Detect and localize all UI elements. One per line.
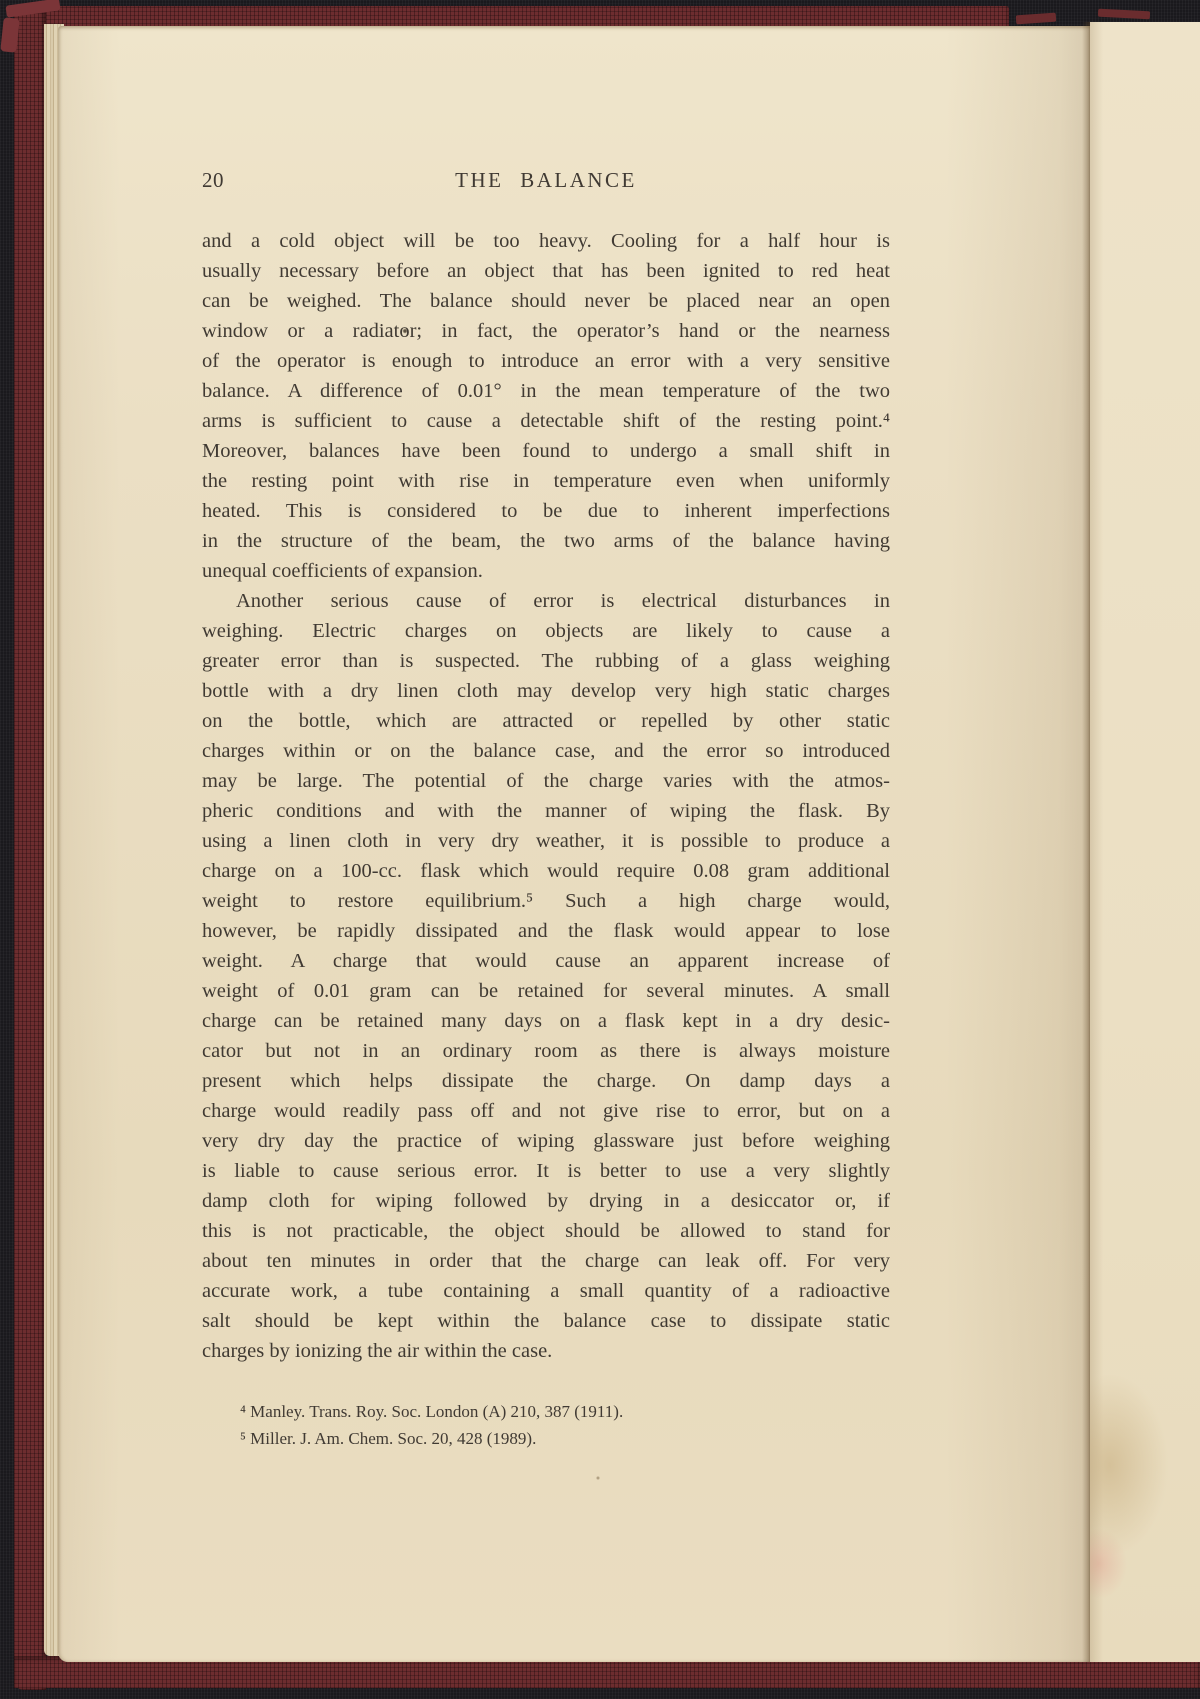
body-line: unequal coefficients of expansion. xyxy=(202,556,890,586)
cover-fleck xyxy=(1016,13,1057,25)
body-line: greater error than is suspected. The rub… xyxy=(202,646,890,676)
body-line: may be large. The potential of the charg… xyxy=(202,766,890,796)
body-line: weight. A charge that would cause an app… xyxy=(202,946,890,976)
body-line: of the operator is enough to introduce a… xyxy=(202,346,890,376)
body-line: very dry day the practice of wiping glas… xyxy=(202,1126,890,1156)
body-line: window or a radiator; in fact, the opera… xyxy=(202,316,890,346)
book-photo: { "colors": { "background": "#1a191d", "… xyxy=(0,0,1200,1699)
footnote: ⁴ Manley. Trans. Roy. Soc. London (A) 21… xyxy=(240,1398,900,1425)
body-line: charge would readily pass off and not gi… xyxy=(202,1096,890,1126)
body-line: weighing. Electric charges on objects ar… xyxy=(202,616,890,646)
body-line: cator but not in an ordinary room as the… xyxy=(202,1036,890,1066)
body-line: accurate work, a tube containing a small… xyxy=(202,1276,890,1306)
body-line: is liable to cause serious error. It is … xyxy=(202,1156,890,1186)
body-line: heated. This is considered to be due to … xyxy=(202,496,890,526)
book-page: 20 THE BALANCE and a cold object will be… xyxy=(58,26,1090,1662)
running-head-title: THE BALANCE xyxy=(202,168,890,193)
body-line: the resting point with rise in temperatu… xyxy=(202,466,890,496)
body-line: charges within or on the balance case, a… xyxy=(202,736,890,766)
body-line: however, be rapidly dissipated and the f… xyxy=(202,916,890,946)
body-line: pheric conditions and with the manner of… xyxy=(202,796,890,826)
body-line: charge on a 100-cc. flask which would re… xyxy=(202,856,890,886)
body-line: in the structure of the beam, the two ar… xyxy=(202,526,890,556)
body-line: usually necessary before an object that … xyxy=(202,256,890,286)
body-line: about ten minutes in order that the char… xyxy=(202,1246,890,1276)
body-line: weight of 0.01 gram can be retained for … xyxy=(202,976,890,1006)
body-line: present which helps dissipate the charge… xyxy=(202,1066,890,1096)
body-line: can be weighed. The balance should never… xyxy=(202,286,890,316)
body-line: weight to restore equilibrium.⁵ Such a h… xyxy=(202,886,890,916)
next-page-sliver xyxy=(1090,22,1200,1662)
paragraph: and a cold object will be too heavy. Coo… xyxy=(202,226,890,586)
body-line: charges by ionizing the air within the c… xyxy=(202,1336,890,1366)
footnote: ⁵ Miller. J. Am. Chem. Soc. 20, 428 (198… xyxy=(240,1425,900,1452)
body-line: damp cloth for wiping followed by drying… xyxy=(202,1186,890,1216)
running-header: 20 THE BALANCE xyxy=(202,168,890,198)
body-line: and a cold object will be too heavy. Coo… xyxy=(202,226,890,256)
body-line: salt should be kept within the balance c… xyxy=(202,1306,890,1336)
footnotes: ⁴ Manley. Trans. Roy. Soc. London (A) 21… xyxy=(240,1398,900,1452)
body-line: charge can be retained many days on a fl… xyxy=(202,1006,890,1036)
paragraph: Another serious cause of error is electr… xyxy=(202,586,890,1366)
body-line: on the bottle, which are attracted or re… xyxy=(202,706,890,736)
body-line: Another serious cause of error is electr… xyxy=(202,586,890,616)
body-line: this is not practicable, the object shou… xyxy=(202,1216,890,1246)
page-body-text: and a cold object will be too heavy. Coo… xyxy=(202,226,890,1366)
body-line: Moreover, balances have been found to un… xyxy=(202,436,890,466)
body-line: balance. A difference of 0.01° in the me… xyxy=(202,376,890,406)
body-line: using a linen cloth in very dry weather,… xyxy=(202,826,890,856)
cover-fleck xyxy=(1098,9,1150,20)
body-line: bottle with a dry linen cloth may develo… xyxy=(202,676,890,706)
book-cover-left-edge xyxy=(14,6,46,1690)
body-line: arms is sufficient to cause a detectable… xyxy=(202,406,890,436)
